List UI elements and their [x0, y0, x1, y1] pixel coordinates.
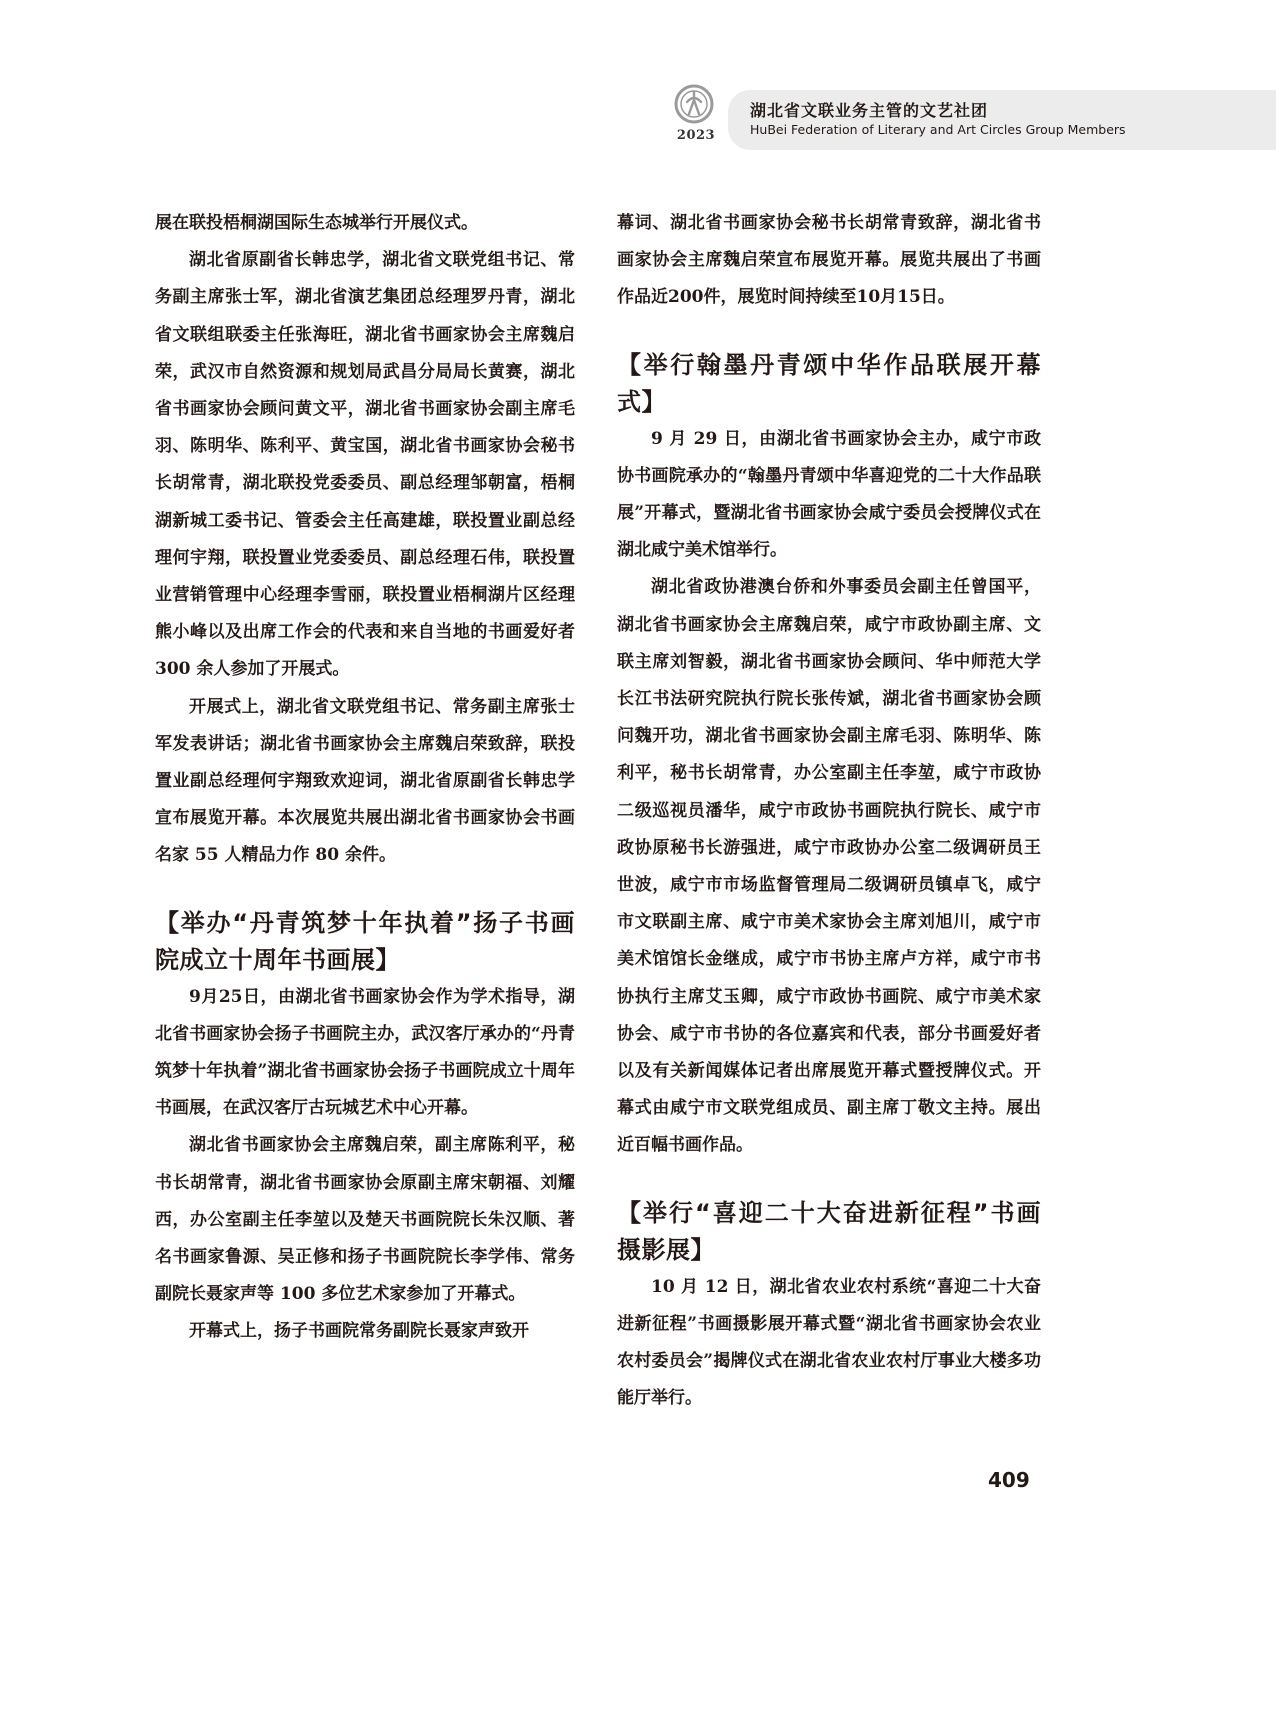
paragraph: 幕词、湖北省书画家协会秘书长胡常青致辞，湖北省书画家协会主席魏启荣宣布展览开幕。…: [617, 205, 1041, 317]
paragraph: 开幕式上，扬子书画院常务副院长聂家声致开: [155, 1313, 575, 1350]
header-title-en: HuBei Federation of Literary and Art Cir…: [750, 122, 1126, 137]
paragraph: 湖北省书画家协会主席魏启荣，副主席陈利平，秘书长胡常青，湖北省书画家协会原副主席…: [155, 1127, 575, 1313]
logo-year: 2023: [670, 128, 722, 143]
paragraph: 开展式上，湖北省文联党组书记、常务副主席张士军发表讲话；湖北省书画家协会主席魏启…: [155, 689, 575, 875]
page-header: 2023 湖北省文联业务主管的文艺社团 HuBei Federation of …: [670, 84, 1276, 154]
section-heading: 【举行翰墨丹青颂中华作品联展开幕式】: [617, 347, 1041, 421]
paragraph: 9月25日，由湖北省书画家协会作为学术指导，湖北省书画家协会扬子书画院主办，武汉…: [155, 979, 575, 1128]
paragraph: 湖北省原副省长韩忠学，湖北省文联党组书记、常务副主席张士军，湖北省演艺集团总经理…: [155, 242, 575, 688]
section-heading: 【举办“丹青筑梦十年执着”扬子书画院成立十周年书画展】: [155, 905, 575, 979]
right-column: 幕词、湖北省书画家协会秘书长胡常青致辞，湖北省书画家协会主席魏启荣宣布展览开幕。…: [617, 205, 1041, 1417]
left-column: 展在联投梧桐湖国际生态城举行开展仪式。 湖北省原副省长韩忠学，湖北省文联党组书记…: [155, 205, 575, 1351]
paragraph: 展在联投梧桐湖国际生态城举行开展仪式。: [155, 205, 575, 242]
page-number: 409: [988, 1468, 1030, 1492]
paragraph: 湖北省政协港澳台侨和外事委员会副主任曾国平，湖北省书画家协会主席魏启荣，咸宁市政…: [617, 569, 1041, 1164]
paragraph: 10 月 12 日，湖北省农业农村系统“喜迎二十大奋进新征程”书画摄影展开幕式暨…: [617, 1269, 1041, 1418]
logo: 2023: [670, 84, 722, 154]
header-banner: 湖北省文联业务主管的文艺社团 HuBei Federation of Liter…: [728, 90, 1276, 150]
federation-emblem-icon: [674, 84, 714, 124]
paragraph: 9 月 29 日，由湖北省书画家协会主办，咸宁市政协书画院承办的“翰墨丹青颂中华…: [617, 421, 1041, 570]
section-heading: 【举行“喜迎二十大奋进新征程”书画摄影展】: [617, 1195, 1041, 1269]
header-title-cn: 湖北省文联业务主管的文艺社团: [750, 98, 988, 121]
